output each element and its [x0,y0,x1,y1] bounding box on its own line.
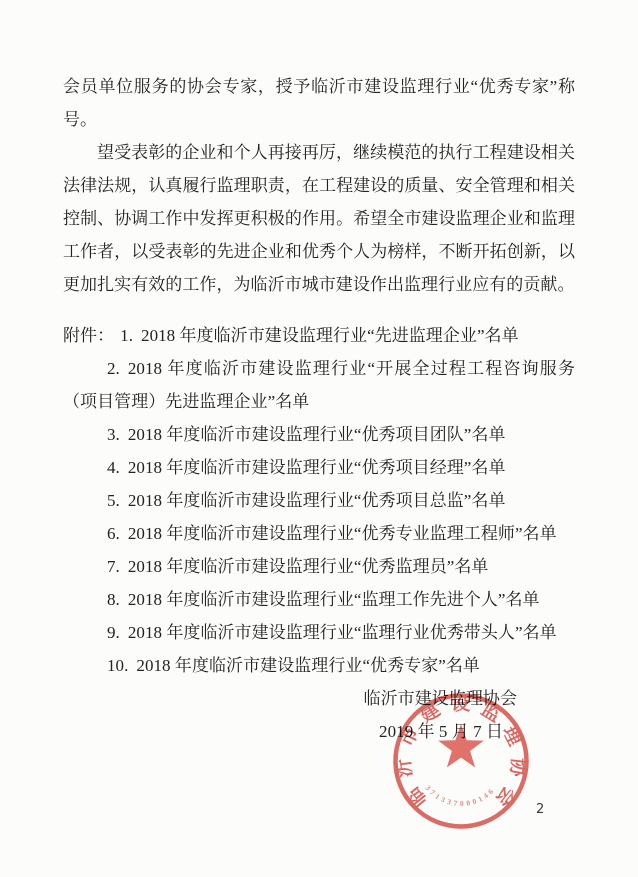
attachment-number: 5. [107,491,120,510]
attachment-number: 7. [107,557,120,576]
attachment-number: 1. [120,326,133,345]
attachment-item: 4.2018 年度临沂市建设监理行业“优秀项目经理”名单 [63,451,575,484]
attachment-text: 2018 年度临沂市建设监理行业“监理行业优秀带头人”名单 [128,623,557,642]
attachment-text: 2018 年度临沂市建设监理行业“开展全过程工程咨询服务（项目管理）先进监理企业… [63,359,575,411]
signature-block: 临沂市建设监理协会 2019 年 5 月 7 日 [63,682,575,748]
attachment-item: 9.2018 年度临沂市建设监理行业“监理行业优秀带头人”名单 [63,616,575,649]
paragraph: 望受表彰的企业和个人再接再厉，继续模范的执行工程建设相关法律法规，认真履行监理职… [63,136,575,301]
attachment-number: 10. [107,656,128,675]
attachment-text: 2018 年度临沂市建设监理行业“优秀项目经理”名单 [128,458,506,477]
page-number: 2 [536,802,544,817]
attachment-list: 附件：1.2018 年度临沂市建设监理行业“先进监理企业”名单 2.2018 年… [63,319,575,682]
svg-text:371337000146: 371337000146 [423,784,495,808]
attachment-text: 2018 年度临沂市建设监理行业“先进监理企业”名单 [141,326,519,345]
attachments-label: 附件： [63,326,114,345]
paragraph: 会员单位服务的协会专家，授予临沂市建设监理行业“优秀专家”称号。 [63,70,575,136]
attachment-text: 2018 年度临沂市建设监理行业“监理工作先进个人”名单 [128,590,540,609]
attachment-text: 2018 年度临沂市建设监理行业“优秀项目团队”名单 [128,425,506,444]
attachment-number: 3. [107,425,120,444]
signature-org: 临沂市建设监理协会 [63,682,575,715]
seal-code-text: 371337000146 [423,784,495,808]
attachment-text: 2018 年度临沂市建设监理行业“优秀专家”名单 [136,656,480,675]
attachment-text: 2018 年度临沂市建设监理行业“优秀项目总监”名单 [128,491,506,510]
document-page: 会员单位服务的协会专家，授予临沂市建设监理行业“优秀专家”称号。 望受表彰的企业… [0,0,638,877]
attachment-item: 8.2018 年度临沂市建设监理行业“监理工作先进个人”名单 [63,583,575,616]
attachment-item: 附件：1.2018 年度临沂市建设监理行业“先进监理企业”名单 [63,319,575,352]
attachment-item: 10.2018 年度临沂市建设监理行业“优秀专家”名单 [63,649,575,682]
attachment-text: 2018 年度临沂市建设监理行业“优秀专业监理工程师”名单 [128,524,557,543]
signature-date: 2019 年 5 月 7 日 [63,715,575,748]
document-body: 会员单位服务的协会专家，授予临沂市建设监理行业“优秀专家”称号。 望受表彰的企业… [63,70,575,748]
attachment-item: 3.2018 年度临沂市建设监理行业“优秀项目团队”名单 [63,418,575,451]
attachment-number: 8. [107,590,120,609]
attachment-item: 2.2018 年度临沂市建设监理行业“开展全过程工程咨询服务（项目管理）先进监理… [63,352,575,418]
attachment-item: 5.2018 年度临沂市建设监理行业“优秀项目总监”名单 [63,484,575,517]
attachment-number: 2. [107,359,120,378]
attachment-number: 4. [107,458,120,477]
attachment-number: 6. [107,524,120,543]
attachment-number: 9. [107,623,120,642]
attachment-item: 7.2018 年度临沂市建设监理行业“优秀监理员”名单 [63,550,575,583]
attachment-text: 2018 年度临沂市建设监理行业“优秀监理员”名单 [128,557,489,576]
attachment-item: 6.2018 年度临沂市建设监理行业“优秀专业监理工程师”名单 [63,517,575,550]
